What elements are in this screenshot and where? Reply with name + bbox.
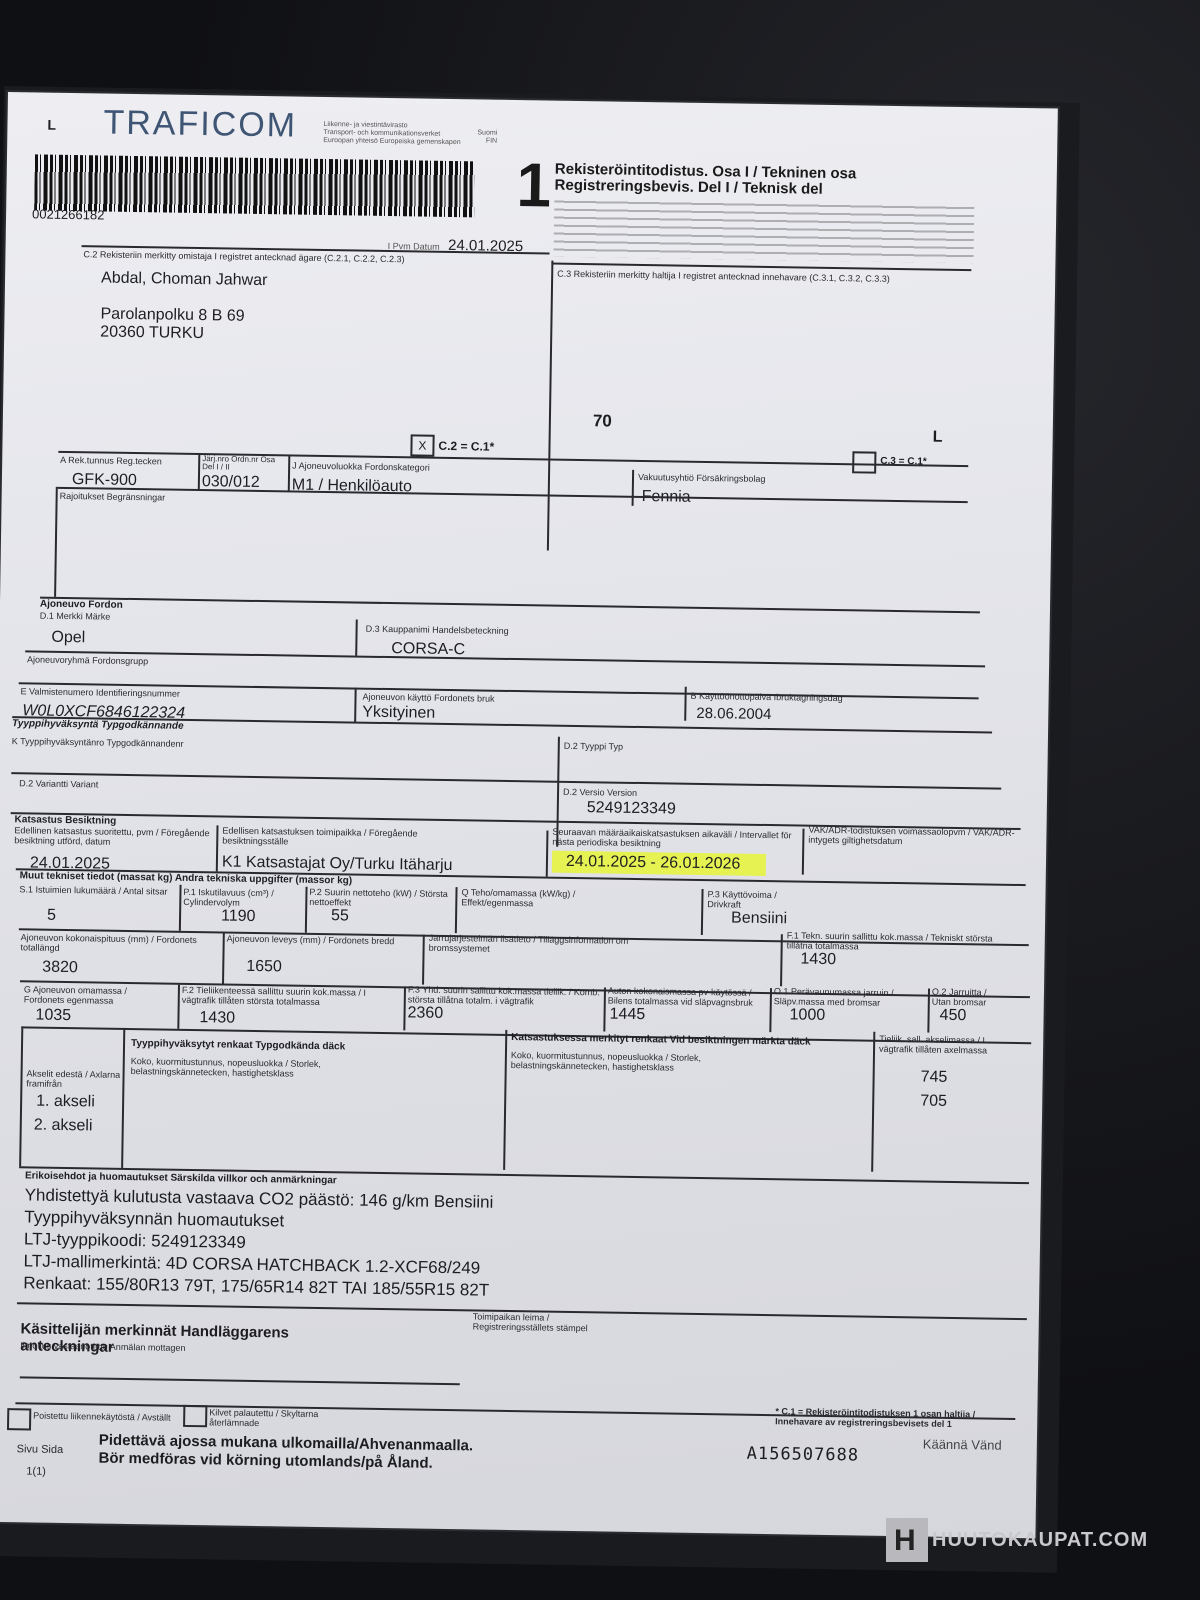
- power-value: 55: [331, 907, 349, 925]
- version-value: 5249123349: [587, 799, 676, 818]
- next-inspection-interval: 24.01.2025 - 26.01.2026: [552, 851, 767, 876]
- plates-returned-label: Kilvet palautettu / Skyltarna återlämnad…: [209, 1407, 359, 1429]
- approved-tyres-sub: Koko, kuormitustunnus, nopeusluokka / St…: [131, 1056, 411, 1080]
- vehicle-section-label: Ajoneuvo Fordon: [40, 599, 123, 611]
- type-label: D.2 Tyyppi Typ: [564, 741, 623, 752]
- seats-value: 5: [47, 907, 56, 925]
- corner-mark: L: [47, 117, 56, 133]
- combo-mass-value: 2360: [407, 1004, 443, 1023]
- part-number: 1: [516, 150, 552, 222]
- page-value: 1(1): [26, 1466, 46, 1476]
- type-approval-number-label: K Tyyppihyväksyntänro Typgodkännandenr: [12, 736, 184, 749]
- class-label: J Ajoneuvoluokka Fordonskategori: [292, 461, 430, 473]
- watermark: H HUUTOKAUPAT.COM: [886, 1518, 1148, 1562]
- vehicle-use-value: Yksityinen: [362, 704, 435, 723]
- axle-1: 1. akseli: [36, 1093, 95, 1112]
- displacement-value: 1190: [221, 907, 256, 926]
- owner-name: Abdal, Choman Jahwar: [101, 269, 268, 290]
- variant-label: D.2 Variantti Variant: [19, 778, 98, 789]
- multilingual-title-block: [553, 197, 974, 264]
- trade-name-label: D.3 Kauppanimi Handelsbeteckning: [366, 624, 509, 636]
- watermark-text: HUUTOKAUPAT.COM: [932, 1529, 1148, 1552]
- handler-label: Käsittelijän merkinnät Handläggarens ant…: [20, 1320, 360, 1359]
- unbraked-trailer-value: 450: [939, 1007, 966, 1025]
- cube-logo-icon: H: [886, 1518, 928, 1562]
- restrictions-label: Rajoitukset Begränsningar: [60, 491, 166, 503]
- brake-info-label: Jarrujärjestelmän lisätieto / Tilläggsin…: [429, 933, 639, 956]
- removed-label: Poistettu liikennekäytöstä / Avställt: [33, 1411, 183, 1423]
- ordinal-label: Järj.nro Ordn.nr Osa Del I / II: [202, 455, 282, 472]
- c1-note: * C.1 = Rekisteröintitodistuksen 1 osan …: [775, 1406, 1005, 1430]
- length-label: Ajoneuvon kokonaispituus (mm) / Fordonet…: [20, 932, 220, 955]
- road-max-mass-label: F.2 Tieliikenteessä sallittu suurin kok.…: [182, 985, 402, 1008]
- towing-total-label: Auton kokonaismassa pv-käytössä / Bilens…: [608, 986, 778, 1009]
- curb-mass-label: G Ajoneuvon omamassa / Fordonets egenmas…: [24, 984, 164, 1006]
- make-label: D.1 Merkki Märke: [40, 611, 111, 622]
- title-sv: Registreringsbevis. Del I / Teknisk del: [554, 177, 822, 198]
- insurer-label: Vakuutusyhtiö Försäkringsbolag: [638, 472, 766, 484]
- axle-mass-1: 745: [920, 1068, 947, 1086]
- stamp-label: Toimipaikan leima / Registreringsstället…: [473, 1311, 633, 1334]
- braked-trailer-label: O.1 Perävaunumassa jarruin / Släpv.massa…: [774, 986, 924, 1008]
- make-value: Opel: [51, 629, 85, 648]
- power-weight-label: Q Teho/omamassa (kW/kg) / Effekt/egenmas…: [461, 887, 621, 910]
- turn-label: Käännä Vänd: [923, 1437, 1002, 1453]
- owner-city: 20360 TURKU: [100, 323, 204, 343]
- first-use-value: 28.06.2004: [696, 705, 771, 723]
- vehicle-group-label: Ajoneuvoryhmä Fordonsgrupp: [27, 654, 148, 666]
- towing-total-value: 1445: [609, 1006, 645, 1025]
- holder-label: C.3 Rekisteriin merkitty haltija I regis…: [557, 269, 890, 284]
- tech-max-mass-value: 1430: [800, 951, 836, 970]
- inspected-tyres-label: Katsastuksessa merkityt renkaat Vid besi…: [511, 1032, 811, 1048]
- fuel-value: Bensiini: [731, 909, 787, 928]
- plate-label: A Rek.tunnus Reg.tecken: [60, 455, 162, 467]
- axle-2: 2. akseli: [34, 1117, 93, 1136]
- traficom-logo: TRAFICOM: [103, 104, 297, 146]
- curb-mass-value: 1035: [35, 1007, 71, 1026]
- page-label: Sivu Sida: [17, 1444, 64, 1455]
- serial-number: A156507688: [747, 1444, 860, 1466]
- plates-returned-checkbox[interactable]: [183, 1405, 207, 1427]
- power-label: P.2 Suurin nettoteho (kW) / Största nett…: [309, 887, 449, 909]
- next-inspection-label: Seuraavan määräaikaiskatsastuksen aikavä…: [552, 827, 792, 851]
- approved-tyres-label: Tyyppihyväksytyt renkaat Typgodkända däc…: [131, 1038, 345, 1052]
- length-value: 3820: [42, 959, 78, 978]
- unbraked-trailer-label: O.2 Jarruitta / Utan bromsar: [932, 987, 1002, 1008]
- barcode-number: 0021266182: [32, 206, 105, 222]
- vehicle-use-label: Ajoneuvon käyttö Fordonets bruk: [362, 692, 494, 704]
- owner-street: Parolanpolku 8 B 69: [100, 305, 244, 325]
- remarks-body: Yhdistettyä kulutusta vastaava CO2 pääst…: [23, 1184, 493, 1301]
- inspection-place-label: Edellisen katsastuksen toimipaikka / För…: [222, 825, 422, 848]
- type-approval-section-label: Tyyppihyväksyntä Typgodkännande: [12, 718, 184, 732]
- first-use-label: B Käyttöönottopäivä Ibruktagningsdag: [691, 691, 843, 703]
- adr-label: VAK/ADR-todistuksen voimassaolopvm / VAK…: [808, 825, 1018, 848]
- vin-label: E Valmistenumero Identifieringsnummer: [21, 686, 181, 699]
- country-block: Suomi FIN: [477, 129, 497, 145]
- holder-code: 70: [593, 411, 612, 431]
- braked-trailer-value: 1000: [789, 1006, 825, 1025]
- axles-label: Akselit edestä / Axlarna framifrån: [26, 1068, 126, 1090]
- width-label: Ajoneuvon leveys (mm) / Fordonets bredd: [227, 934, 407, 947]
- removed-from-traffic-checkbox[interactable]: [7, 1408, 31, 1430]
- axle-mass-2: 705: [920, 1092, 947, 1110]
- version-label: D.2 Versio Version: [563, 787, 637, 798]
- registration-certificate: L TRAFICOM Liikenne- ja viestintävirasto…: [0, 92, 1058, 1538]
- c2-equals-c1-checkbox[interactable]: X: [410, 434, 434, 456]
- road-max-mass-value: 1430: [199, 1009, 235, 1028]
- inspected-tyres-sub: Koko, kuormitustunnus, nopeusluokka / St…: [511, 1050, 791, 1074]
- agency-block: Liikenne- ja viestintävirasto Transport-…: [323, 121, 461, 147]
- axle-mass-label: Tieliik. sall. akselimassa / I vägtrafik…: [879, 1034, 999, 1056]
- width-value: 1650: [246, 958, 282, 977]
- c2-equals-c1-label: C.2 = C.1*: [438, 439, 494, 454]
- last-inspection-label: Edellinen katsastus suoritettu, pvm / Fö…: [14, 825, 214, 848]
- fuel-label: P.3 Käyttövoima / Drivkraft: [707, 889, 787, 910]
- holder-letter: L: [933, 429, 943, 447]
- remarks-label: Erikoisehdot ja huomautukset Särskilda v…: [25, 1170, 337, 1186]
- seats-label: S.1 Istuimien lukumäärä / Antal sitsar: [19, 884, 169, 896]
- displacement-label: P.1 Iskutilavuus (cm³) / Cylindervolym: [183, 887, 313, 909]
